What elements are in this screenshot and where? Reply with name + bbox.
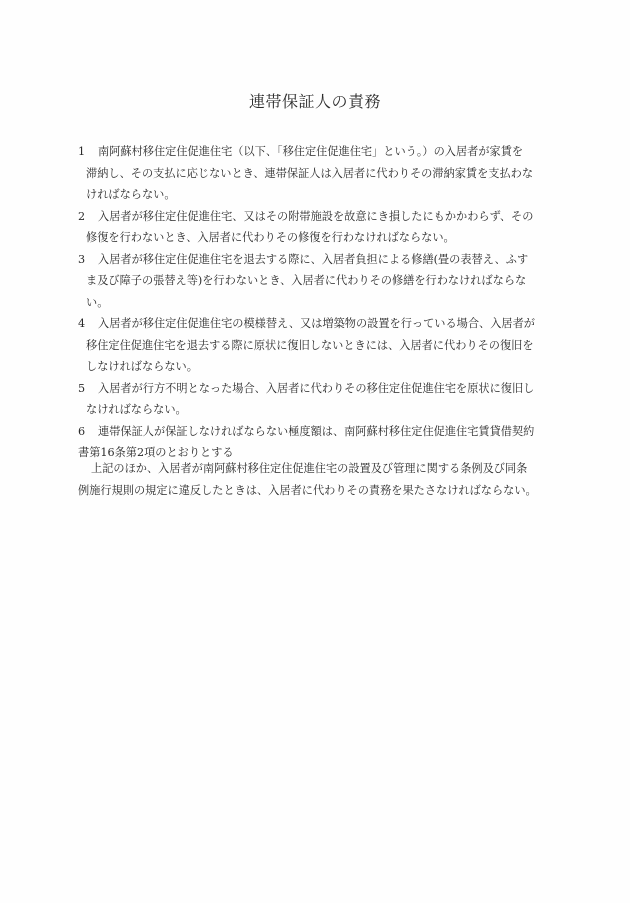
paragraph-line: 上記のほか、入居者が南阿蘇村移住定住促進住宅の設置及び管理に関する条例及び同条 (78, 458, 558, 480)
item-number: 2 (78, 206, 98, 228)
item-line: 2入居者が移住定住促進住宅、又はその附帯施設を故意にき損したにもかかわらず、その (78, 206, 554, 228)
item-line: 6連帯保証人が保証しなければならない極度額は、南阿蘇村移住定住促進住宅賃貸借契約 (78, 421, 554, 443)
obligation-item-3: 3入居者が移住定住促進住宅を退去する際に、入居者負担による修繕(畳の表替え、ふす… (78, 249, 554, 314)
item-line: 1南阿蘇村移住定住促進住宅（以下、「移住定住促進住宅」という。）の入居者が家賃を (78, 141, 554, 163)
item-line: なければならない。 (78, 399, 554, 421)
item-line: ければならない。 (78, 184, 554, 206)
obligations-list: 1南阿蘇村移住定住促進住宅（以下、「移住定住促進住宅」という。）の入居者が家賃を… (78, 141, 554, 464)
document-page: 連帯保証人の責務 1南阿蘇村移住定住促進住宅（以下、「移住定住促進住宅」という。… (0, 0, 630, 903)
item-line: 移住定住促進住宅を退去する際に原状に復旧しないときには、入居者に代わりその復旧を (78, 335, 554, 357)
obligation-item-4: 4入居者が移住定住促進住宅の模様替え、又は増築物の設置を行っている場合、入居者が… (78, 313, 554, 378)
item-number: 3 (78, 249, 98, 271)
item-line: ま及び障子の張替え等)を行わないとき、入居者に代わりその修繕を行わなければならな (78, 270, 554, 292)
closing-paragraph: 上記のほか、入居者が南阿蘇村移住定住促進住宅の設置及び管理に関する条例及び同条 … (78, 458, 558, 501)
paragraph-line: 例施行規則の規定に違反したときは、入居者に代わりその責務を果たさなければならない… (78, 480, 558, 502)
document-title: 連帯保証人の責務 (0, 89, 630, 112)
obligation-item-2: 2入居者が移住定住促進住宅、又はその附帯施設を故意にき損したにもかかわらず、その… (78, 206, 554, 249)
item-line: い。 (78, 292, 554, 314)
item-line: しなければならない。 (78, 356, 554, 378)
item-number: 6 (78, 421, 98, 443)
item-number: 4 (78, 313, 98, 335)
item-line: 滞納し、その支払に応じないとき、連帯保証人は入居者に代わりその滞納家賃を支払わな (78, 163, 554, 185)
item-number: 1 (78, 141, 98, 163)
item-number: 5 (78, 378, 98, 400)
item-line: 4入居者が移住定住促進住宅の模様替え、又は増築物の設置を行っている場合、入居者が (78, 313, 554, 335)
item-line: 3入居者が移住定住促進住宅を退去する際に、入居者負担による修繕(畳の表替え、ふす (78, 249, 554, 271)
item-line: 5入居者が行方不明となった場合、入居者に代わりその移住定住促進住宅を原状に復旧し (78, 378, 554, 400)
obligation-item-5: 5入居者が行方不明となった場合、入居者に代わりその移住定住促進住宅を原状に復旧し… (78, 378, 554, 421)
item-line: 修復を行わないとき、入居者に代わりその修復を行わなければならない。 (78, 227, 554, 249)
obligation-item-1: 1南阿蘇村移住定住促進住宅（以下、「移住定住促進住宅」という。）の入居者が家賃を… (78, 141, 554, 206)
